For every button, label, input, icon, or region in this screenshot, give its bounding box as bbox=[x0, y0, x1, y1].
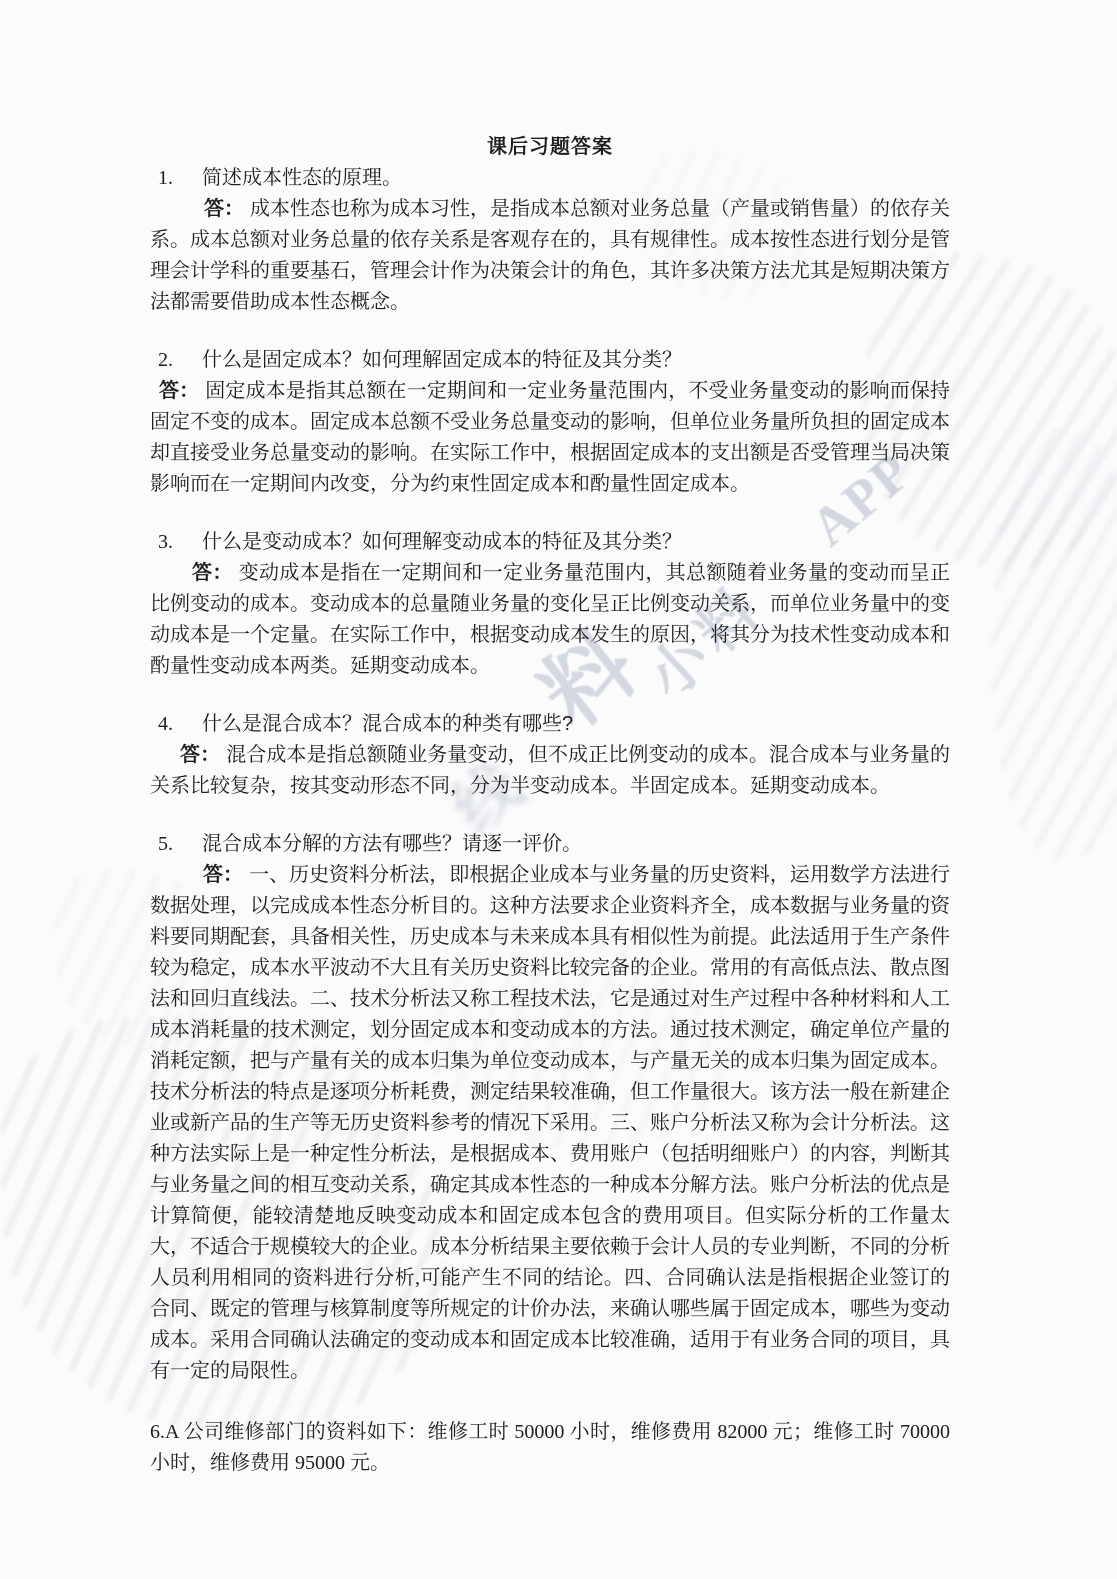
answer-paragraph: 答：固定成本是指其总额在一定期间和一定业务量范围内，不受业务量变动的影响而保持固… bbox=[150, 376, 950, 500]
watermark-streak bbox=[981, 426, 1117, 863]
problem-6-paragraph: 6.A 公司维修部门的资料如下：维修工时 50000 小时，维修费用 82000… bbox=[150, 1417, 950, 1479]
question-number: 3. bbox=[158, 527, 202, 558]
answer-label: 答： bbox=[203, 864, 243, 886]
question-line: 4.什么是混合成本？混合成本的种类有哪些? bbox=[150, 709, 950, 740]
question-line: 3.什么是变动成本？如何理解变动成本的特征及其分类？ bbox=[150, 527, 950, 558]
qa-block-2: 2.什么是固定成本？如何理解固定成本的特征及其分类？ 答：固定成本是指其总额在一… bbox=[150, 345, 950, 500]
answer-label: 答： bbox=[204, 198, 244, 220]
question-text: 混合成本分解的方法有哪些？请逐一评价。 bbox=[202, 833, 582, 855]
qa-block-1: 1.简述成本性态的原理。 答：成本性态也称为成本习性，是指成本总额对业务总量（产… bbox=[150, 163, 950, 318]
answer-text: 混合成本是指总额随业务量变动，但不成正比例变动的成本。混合成本与业务量的关系比较… bbox=[150, 744, 950, 797]
answer-label: 答： bbox=[192, 562, 233, 584]
answer-paragraph: 答：成本性态也称为成本习性，是指成本总额对业务总量（产量或销售量）的依存关系。成… bbox=[150, 194, 950, 318]
qa-block-4: 4.什么是混合成本？混合成本的种类有哪些? 答：混合成本是指总额随业务量变动，但… bbox=[150, 709, 950, 802]
question-number: 1. bbox=[158, 163, 202, 194]
question-line: 2.什么是固定成本？如何理解固定成本的特征及其分类？ bbox=[150, 345, 950, 376]
answer-label: 答： bbox=[159, 380, 199, 402]
document-page: 料 小料 APP 线 课后习题答案 1.简述成本性态的原理。 答：成本性态也称为… bbox=[0, 0, 1117, 1579]
question-text: 简述成本性态的原理。 bbox=[202, 167, 402, 189]
answer-text: 固定成本是指其总额在一定期间和一定业务量范围内，不受业务量变动的影响而保持固定不… bbox=[150, 380, 950, 495]
question-number: 4. bbox=[158, 709, 202, 740]
question-line: 1.简述成本性态的原理。 bbox=[150, 163, 950, 194]
page-title: 课后习题答案 bbox=[150, 132, 950, 163]
document-content: 课后习题答案 1.简述成本性态的原理。 答：成本性态也称为成本习性，是指成本总额… bbox=[150, 0, 950, 1479]
answer-text: 变动成本是指在一定期间和一定业务量范围内，其总额随着业务量的变动而呈正比例变动的… bbox=[150, 562, 950, 677]
answer-paragraph: 答：一、历史资料分析法，即根据企业成本与业务量的历史资料，运用数学方法进行数据处… bbox=[150, 860, 950, 1387]
question-line: 5.混合成本分解的方法有哪些？请逐一评价。 bbox=[150, 829, 950, 860]
question-text: 什么是固定成本？如何理解固定成本的特征及其分类？ bbox=[202, 349, 682, 371]
answer-text: 成本性态也称为成本习性，是指成本总额对业务总量（产量或销售量）的依存关系。成本总… bbox=[150, 198, 950, 313]
question-text: 什么是变动成本？如何理解变动成本的特征及其分类？ bbox=[202, 531, 682, 553]
answer-paragraph: 答：变动成本是指在一定期间和一定业务量范围内，其总额随着业务量的变动而呈正比例变… bbox=[150, 558, 950, 682]
question-number: 2. bbox=[158, 345, 202, 376]
question-text: 什么是混合成本？混合成本的种类有哪些? bbox=[202, 713, 573, 735]
answer-text: 一、历史资料分析法，即根据企业成本与业务量的历史资料，运用数学方法进行数据处理，… bbox=[150, 864, 950, 1382]
answer-paragraph: 答：混合成本是指总额随业务量变动，但不成正比例变动的成本。混合成本与业务量的关系… bbox=[150, 740, 950, 802]
answer-label: 答： bbox=[180, 744, 220, 766]
question-number: 5. bbox=[158, 829, 202, 860]
qa-block-5: 5.混合成本分解的方法有哪些？请逐一评价。 答：一、历史资料分析法，即根据企业成… bbox=[150, 829, 950, 1387]
qa-block-3: 3.什么是变动成本？如何理解变动成本的特征及其分类？ 答：变动成本是指在一定期间… bbox=[150, 527, 950, 682]
